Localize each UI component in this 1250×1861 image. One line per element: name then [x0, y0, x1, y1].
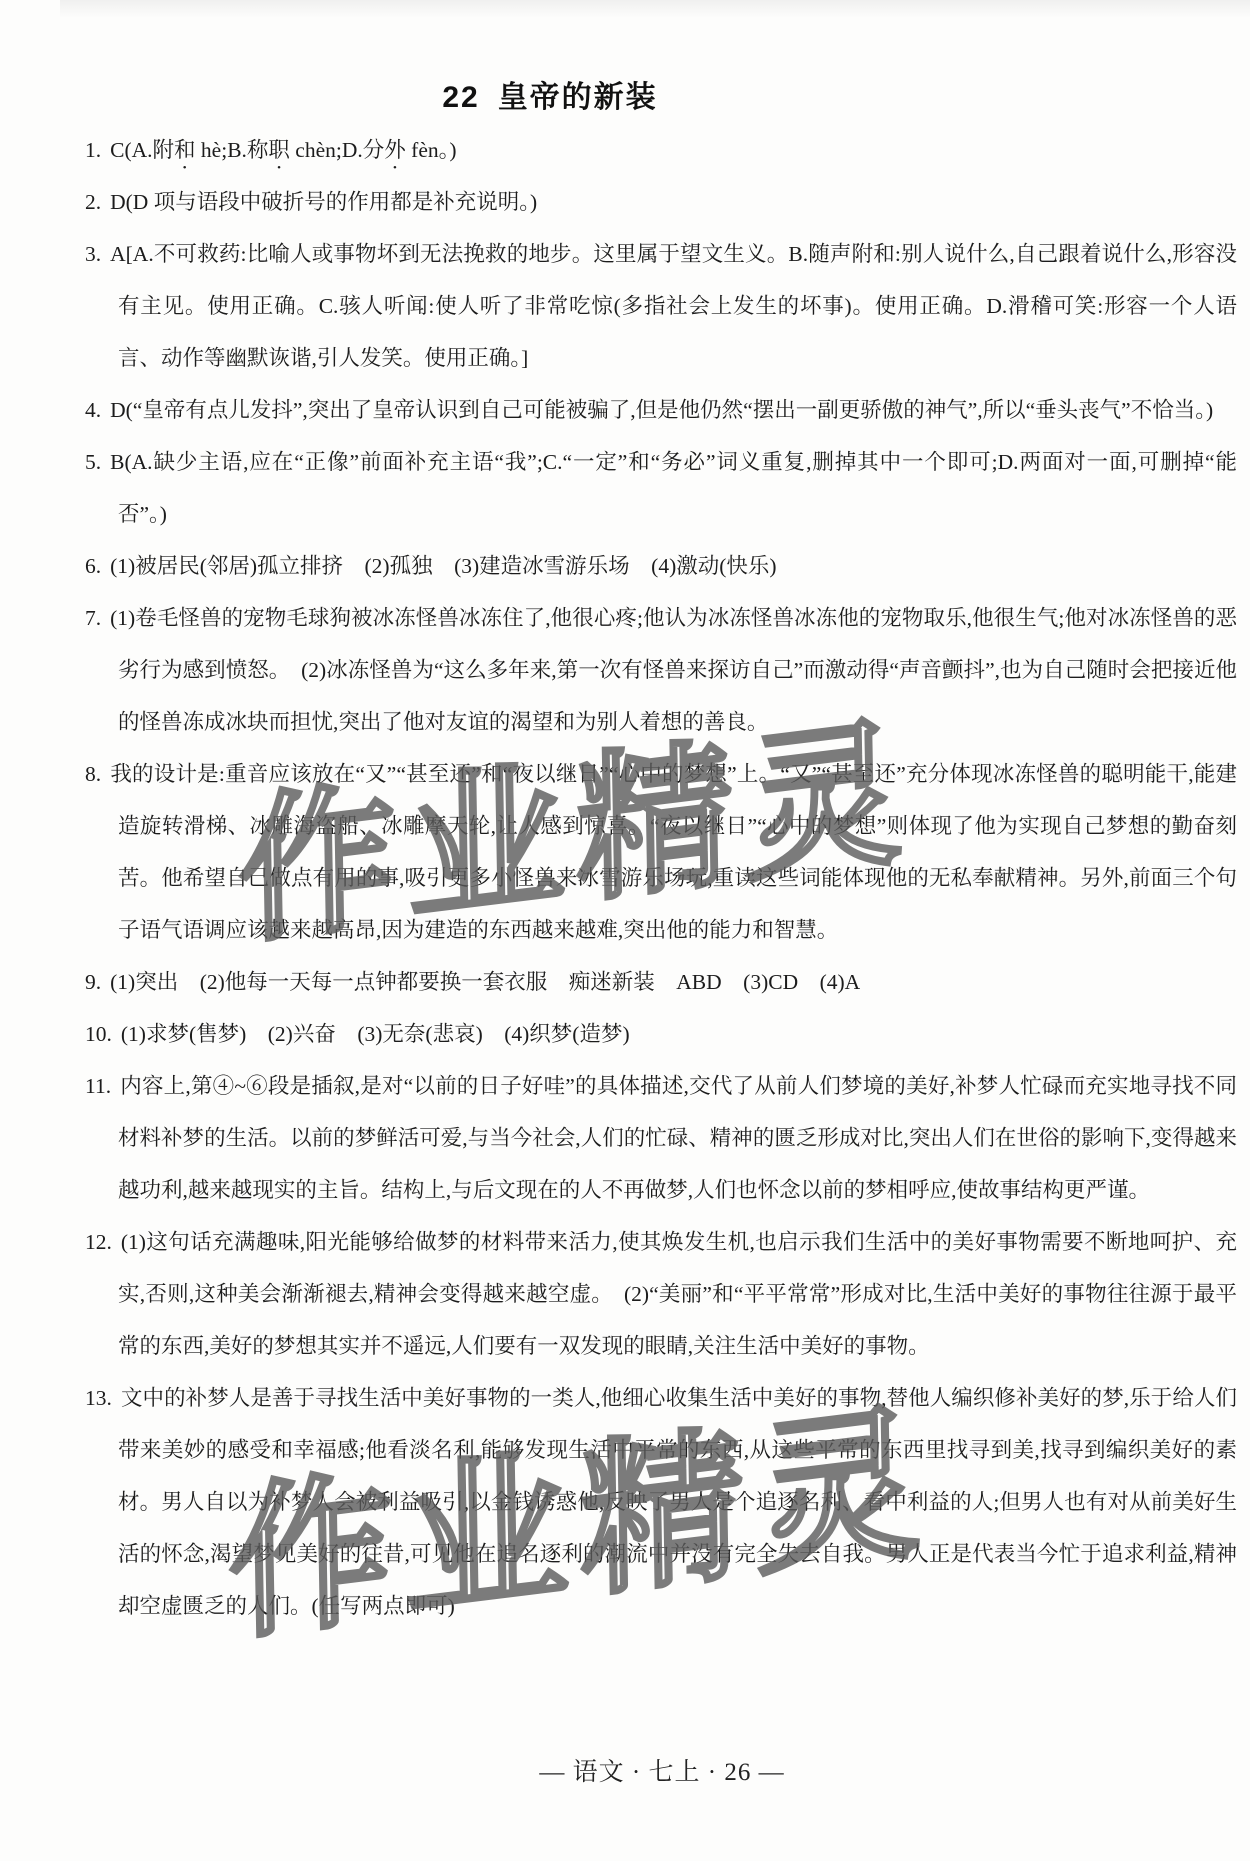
answer-text: 内容上,第④~⑥段是插叙,是对“以前的日子好哇”的具体描述,交代了从前人们梦境的… — [118, 1074, 1237, 1202]
answer-item-2: 2.D(D 项与语段中破折号的作用都是补充说明。) — [85, 176, 1237, 228]
answer-number: 9. — [85, 970, 101, 994]
answer-number: 1. — [85, 138, 101, 162]
answer-number: 6. — [85, 554, 101, 578]
answer-text: A[A.不可救药:比喻人或事物坏到无法挽救的地步。这里属于望文生义。B.随声附和… — [110, 242, 1237, 370]
lesson-title: 22皇帝的新装 — [0, 72, 1100, 116]
answer-text: (1)卷毛怪兽的宠物毛球狗被冰冻怪兽冰冻住了,他很心疼;他认为冰冻怪兽冰冻他的宠… — [110, 606, 1237, 734]
answer-text: hè;B.称 — [196, 138, 269, 162]
answer-item-3: 3.A[A.不可救药:比喻人或事物坏到无法挽救的地步。这里属于望文生义。B.随声… — [85, 228, 1237, 384]
answer-text: (1)这句话充满趣味,阳光能够给做梦的材料带来活力,使其焕发生机,也启示我们生活… — [118, 1230, 1237, 1358]
answer-number: 13. — [85, 1386, 112, 1410]
answer-text: chèn;D.分 — [290, 138, 384, 162]
answer-number: 5. — [85, 450, 101, 474]
answer-item-7: 7.(1)卷毛怪兽的宠物毛球狗被冰冻怪兽冰冻住了,他很心疼;他认为冰冻怪兽冰冻他… — [85, 592, 1237, 748]
lesson-number: 22 — [442, 81, 479, 114]
answer-number: 3. — [85, 242, 101, 266]
answer-item-4: 4.D(“皇帝有点儿发抖”,突出了皇帝认识到自己可能被骗了,但是他仍然“摆出一副… — [85, 384, 1237, 436]
answer-number: 8. — [85, 762, 101, 786]
answer-item-8: 8.我的设计是:重音应该放在“又”“甚至还”和“夜以继日”“心中的梦想”上。“又… — [85, 748, 1237, 956]
emphasized-char: 外 — [384, 138, 406, 162]
page-footer: — 语文 · 七上 · 26 — — [37, 1752, 1250, 1788]
emphasized-char: 职 — [268, 138, 290, 162]
answer-text: 文中的补梦人是善于寻找生活中美好事物的一类人,他细心收集生活中美好的事物,替他人… — [118, 1386, 1237, 1618]
answer-number: 2. — [85, 190, 101, 214]
answer-key-page: 22皇帝的新装 作业精灵 作业精灵 1.C(A.附和 hè;B.称职 chèn;… — [0, 0, 1250, 1861]
answer-number: 4. — [85, 398, 101, 422]
answers-list: 1.C(A.附和 hè;B.称职 chèn;D.分外 fèn。) 2.D(D 项… — [85, 124, 1237, 1632]
answer-number: 12. — [85, 1230, 112, 1254]
lesson-title-text: 皇帝的新装 — [498, 81, 658, 114]
answer-text: (1)被居民(邻居)孤立排挤 (2)孤独 (3)建造冰雪游乐场 (4)激动(快乐… — [110, 554, 776, 578]
answer-number: 7. — [85, 606, 101, 630]
answer-text: D(D 项与语段中破折号的作用都是补充说明。) — [110, 190, 537, 214]
answer-item-12: 12.(1)这句话充满趣味,阳光能够给做梦的材料带来活力,使其焕发生机,也启示我… — [85, 1216, 1237, 1372]
scan-artifact — [60, 0, 1250, 18]
answer-text: (1)求梦(售梦) (2)兴奋 (3)无奈(悲哀) (4)织梦(造梦) — [121, 1022, 630, 1046]
answer-text: D(“皇帝有点儿发抖”,突出了皇帝认识到自己可能被骗了,但是他仍然“摆出一副更骄… — [110, 398, 1213, 422]
answer-item-13: 13.文中的补梦人是善于寻找生活中美好事物的一类人,他细心收集生活中美好的事物,… — [85, 1372, 1237, 1632]
answer-item-10: 10.(1)求梦(售梦) (2)兴奋 (3)无奈(悲哀) (4)织梦(造梦) — [85, 1008, 1237, 1060]
answer-item-5: 5.B(A.缺少主语,应在“正像”前面补充主语“我”;C.“一定”和“务必”词义… — [85, 436, 1237, 540]
emphasized-char: 和 — [174, 138, 196, 162]
answer-item-11: 11.内容上,第④~⑥段是插叙,是对“以前的日子好哇”的具体描述,交代了从前人们… — [85, 1060, 1237, 1216]
answer-text: C(A.附 — [110, 138, 174, 162]
answer-number: 11. — [85, 1074, 111, 1098]
answer-item-1: 1.C(A.附和 hè;B.称职 chèn;D.分外 fèn。) — [85, 124, 1237, 176]
answer-number: 10. — [85, 1022, 112, 1046]
answer-text: 我的设计是:重音应该放在“又”“甚至还”和“夜以继日”“心中的梦想”上。“又”“… — [110, 762, 1237, 942]
answer-item-9: 9.(1)突出 (2)他每一天每一点钟都要换一套衣服 痴迷新装 ABD (3)C… — [85, 956, 1237, 1008]
answer-text: (1)突出 (2)他每一天每一点钟都要换一套衣服 痴迷新装 ABD (3)CD … — [110, 970, 860, 994]
answer-item-6: 6.(1)被居民(邻居)孤立排挤 (2)孤独 (3)建造冰雪游乐场 (4)激动(… — [85, 540, 1237, 592]
answer-text: fèn。) — [406, 138, 457, 162]
answer-text: B(A.缺少主语,应在“正像”前面补充主语“我”;C.“一定”和“务必”词义重复… — [110, 450, 1237, 526]
